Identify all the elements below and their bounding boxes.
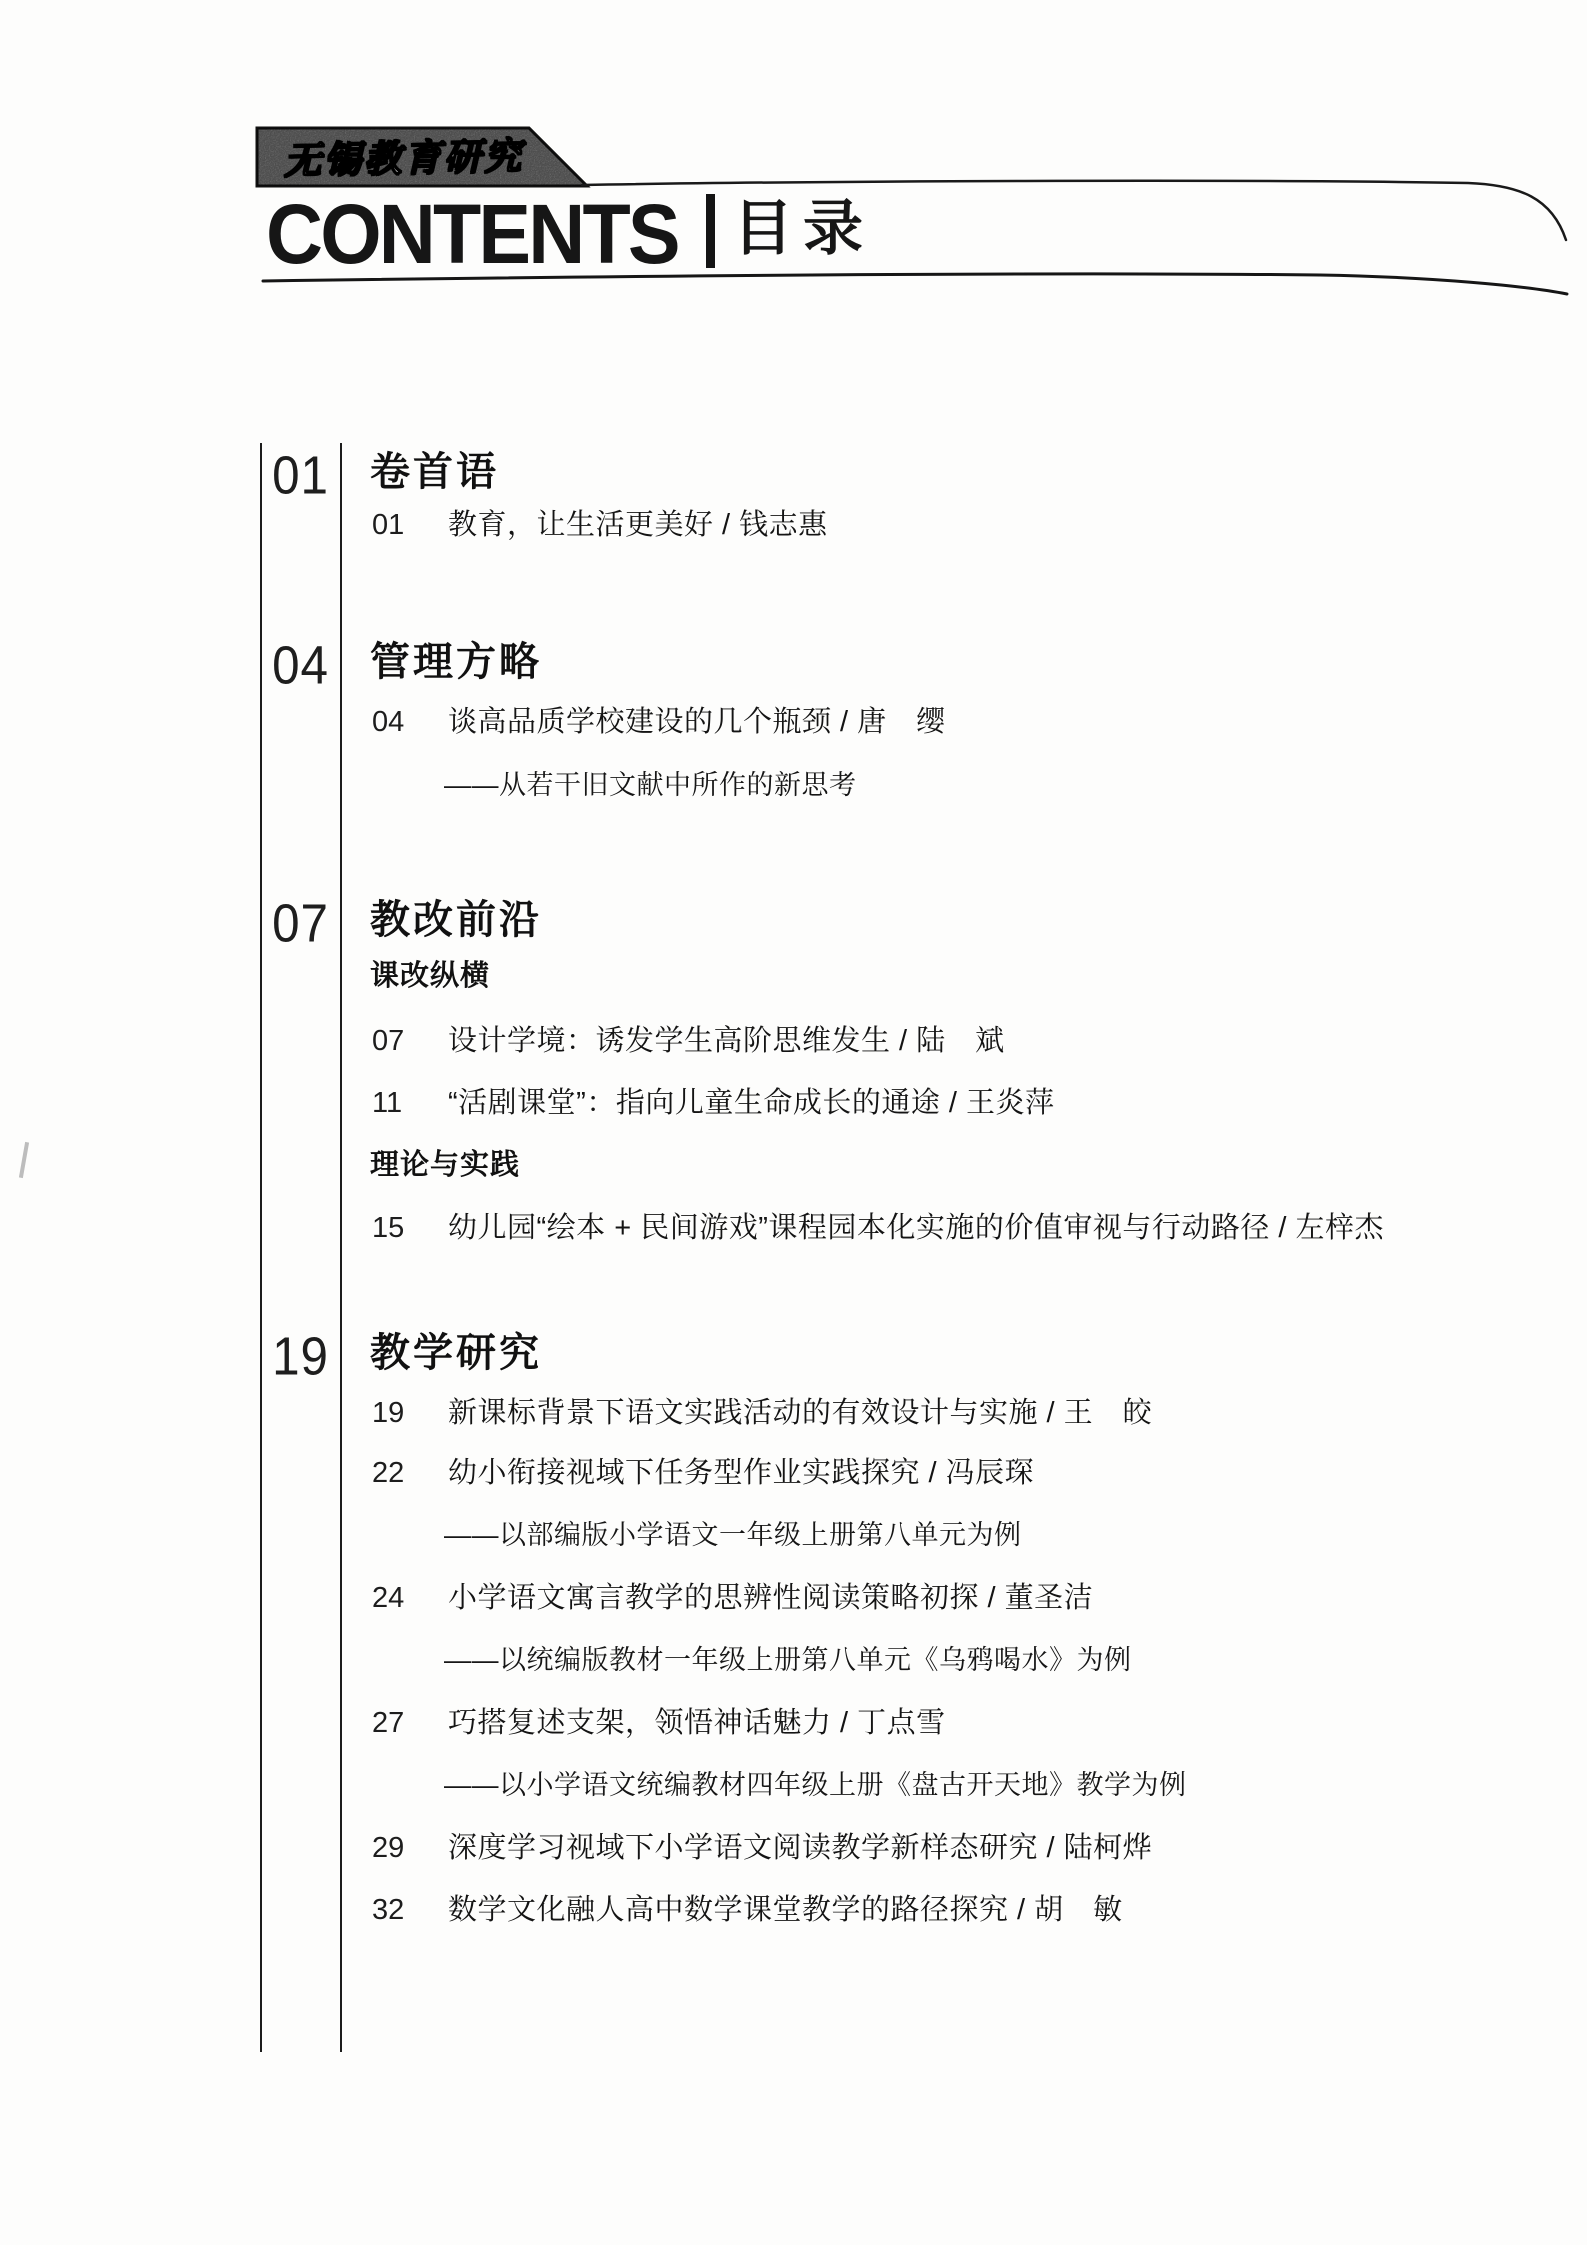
toc-item: 11 “活剧课堂”：指向儿童生命成长的通途 / 王炎萍 — [372, 1087, 1055, 1120]
item-page-number: 22 — [372, 1457, 448, 1490]
section-heading: 教学研究 — [370, 1331, 542, 1375]
item-title: 幼儿园“绘本 + 民间游戏”课程园本化实施的价值审视与行动路径 / 左梓杰 — [448, 1212, 1384, 1245]
item-subtitle: ——以部编版小学语文一年级上册第八单元为例 — [444, 1520, 1022, 1551]
toc-item: 32 数学文化融人高中数学课堂教学的路径探究 / 胡 敏 — [372, 1894, 1123, 1927]
page-title-cn: 目录 — [733, 199, 873, 259]
toc-item: 24 小学语文寓言教学的思辨性阅读策略初探 / 董圣洁 — [372, 1582, 1093, 1615]
toc-page: 无锡教育研究 CONTENTS 目录 01 04 07 19 卷首语 01 教育… — [0, 0, 1587, 2245]
item-page-number: 07 — [372, 1025, 448, 1058]
section-number: 07 — [262, 897, 339, 951]
title-divider-bar — [706, 194, 715, 268]
item-page-number: 11 — [372, 1087, 448, 1120]
toc-item: 15 幼儿园“绘本 + 民间游戏”课程园本化实施的价值审视与行动路径 / 左梓杰 — [372, 1212, 1384, 1245]
subsection-heading: 理论与实践 — [370, 1150, 520, 1182]
section-heading: 管理方略 — [370, 640, 542, 684]
toc-item: 29 深度学习视域下小学语文阅读教学新样态研究 / 陆柯烨 — [372, 1832, 1152, 1865]
item-title: 巧搭复述支架，领悟神话魅力 / 丁点雪 — [448, 1707, 946, 1740]
page-title-en: CONTENTS — [266, 192, 678, 276]
journal-name: 无锡教育研究 — [284, 137, 535, 179]
toc-item: 01 教育，让生活更美好 / 钱志惠 — [372, 509, 828, 542]
item-page-number: 19 — [372, 1397, 448, 1430]
section-heading: 教改前沿 — [370, 898, 542, 942]
header-rules — [0, 0, 1587, 340]
page-title: CONTENTS 目录 — [266, 192, 873, 276]
section-number: 04 — [262, 639, 339, 693]
section-heading: 卷首语 — [370, 450, 499, 494]
toc-item: 04 谈高品质学校建设的几个瓶颈 / 唐 缨 — [372, 706, 946, 739]
item-page-number: 27 — [372, 1707, 448, 1740]
item-subtitle: ——以小学语文统编教材四年级上册《盘古开天地》教学为例 — [444, 1770, 1187, 1801]
item-title: 深度学习视域下小学语文阅读教学新样态研究 / 陆柯烨 — [448, 1832, 1152, 1865]
item-title: 谈高品质学校建设的几个瓶颈 / 唐 缨 — [448, 706, 946, 739]
item-title: 小学语文寓言教学的思辨性阅读策略初探 / 董圣洁 — [448, 1582, 1093, 1615]
item-page-number: 04 — [372, 706, 448, 739]
toc-item: 07 设计学境：诱发学生高阶思维发生 / 陆 斌 — [372, 1025, 1005, 1058]
toc-item: 22 幼小衔接视域下任务型作业实践探究 / 冯辰琛 — [372, 1457, 1034, 1490]
item-title: 教育，让生活更美好 / 钱志惠 — [448, 509, 828, 542]
toc-item: 27 巧搭复述支架，领悟神话魅力 / 丁点雪 — [372, 1707, 946, 1740]
item-subtitle: ——从若干旧文献中所作的新思考 — [444, 770, 857, 801]
item-page-number: 15 — [372, 1212, 448, 1245]
item-page-number: 32 — [372, 1894, 448, 1927]
section-number: 19 — [262, 1330, 339, 1384]
item-title: “活剧课堂”：指向儿童生命成长的通途 / 王炎萍 — [448, 1087, 1055, 1120]
item-title: 新课标背景下语文实践活动的有效设计与实施 / 王 皎 — [448, 1397, 1152, 1430]
scan-artifact — [19, 1142, 29, 1178]
item-page-number: 29 — [372, 1832, 448, 1865]
section-number: 01 — [262, 449, 339, 503]
toc-item: 19 新课标背景下语文实践活动的有效设计与实施 / 王 皎 — [372, 1397, 1152, 1430]
item-page-number: 24 — [372, 1582, 448, 1615]
item-title: 幼小衔接视域下任务型作业实践探究 / 冯辰琛 — [448, 1457, 1034, 1490]
item-subtitle: ——以统编版教材一年级上册第八单元《乌鸦喝水》为例 — [444, 1645, 1132, 1676]
item-title: 数学文化融人高中数学课堂教学的路径探究 / 胡 敏 — [448, 1894, 1123, 1927]
item-title: 设计学境：诱发学生高阶思维发生 / 陆 斌 — [448, 1025, 1005, 1058]
subsection-heading: 课改纵横 — [370, 961, 490, 993]
item-page-number: 01 — [372, 509, 448, 542]
